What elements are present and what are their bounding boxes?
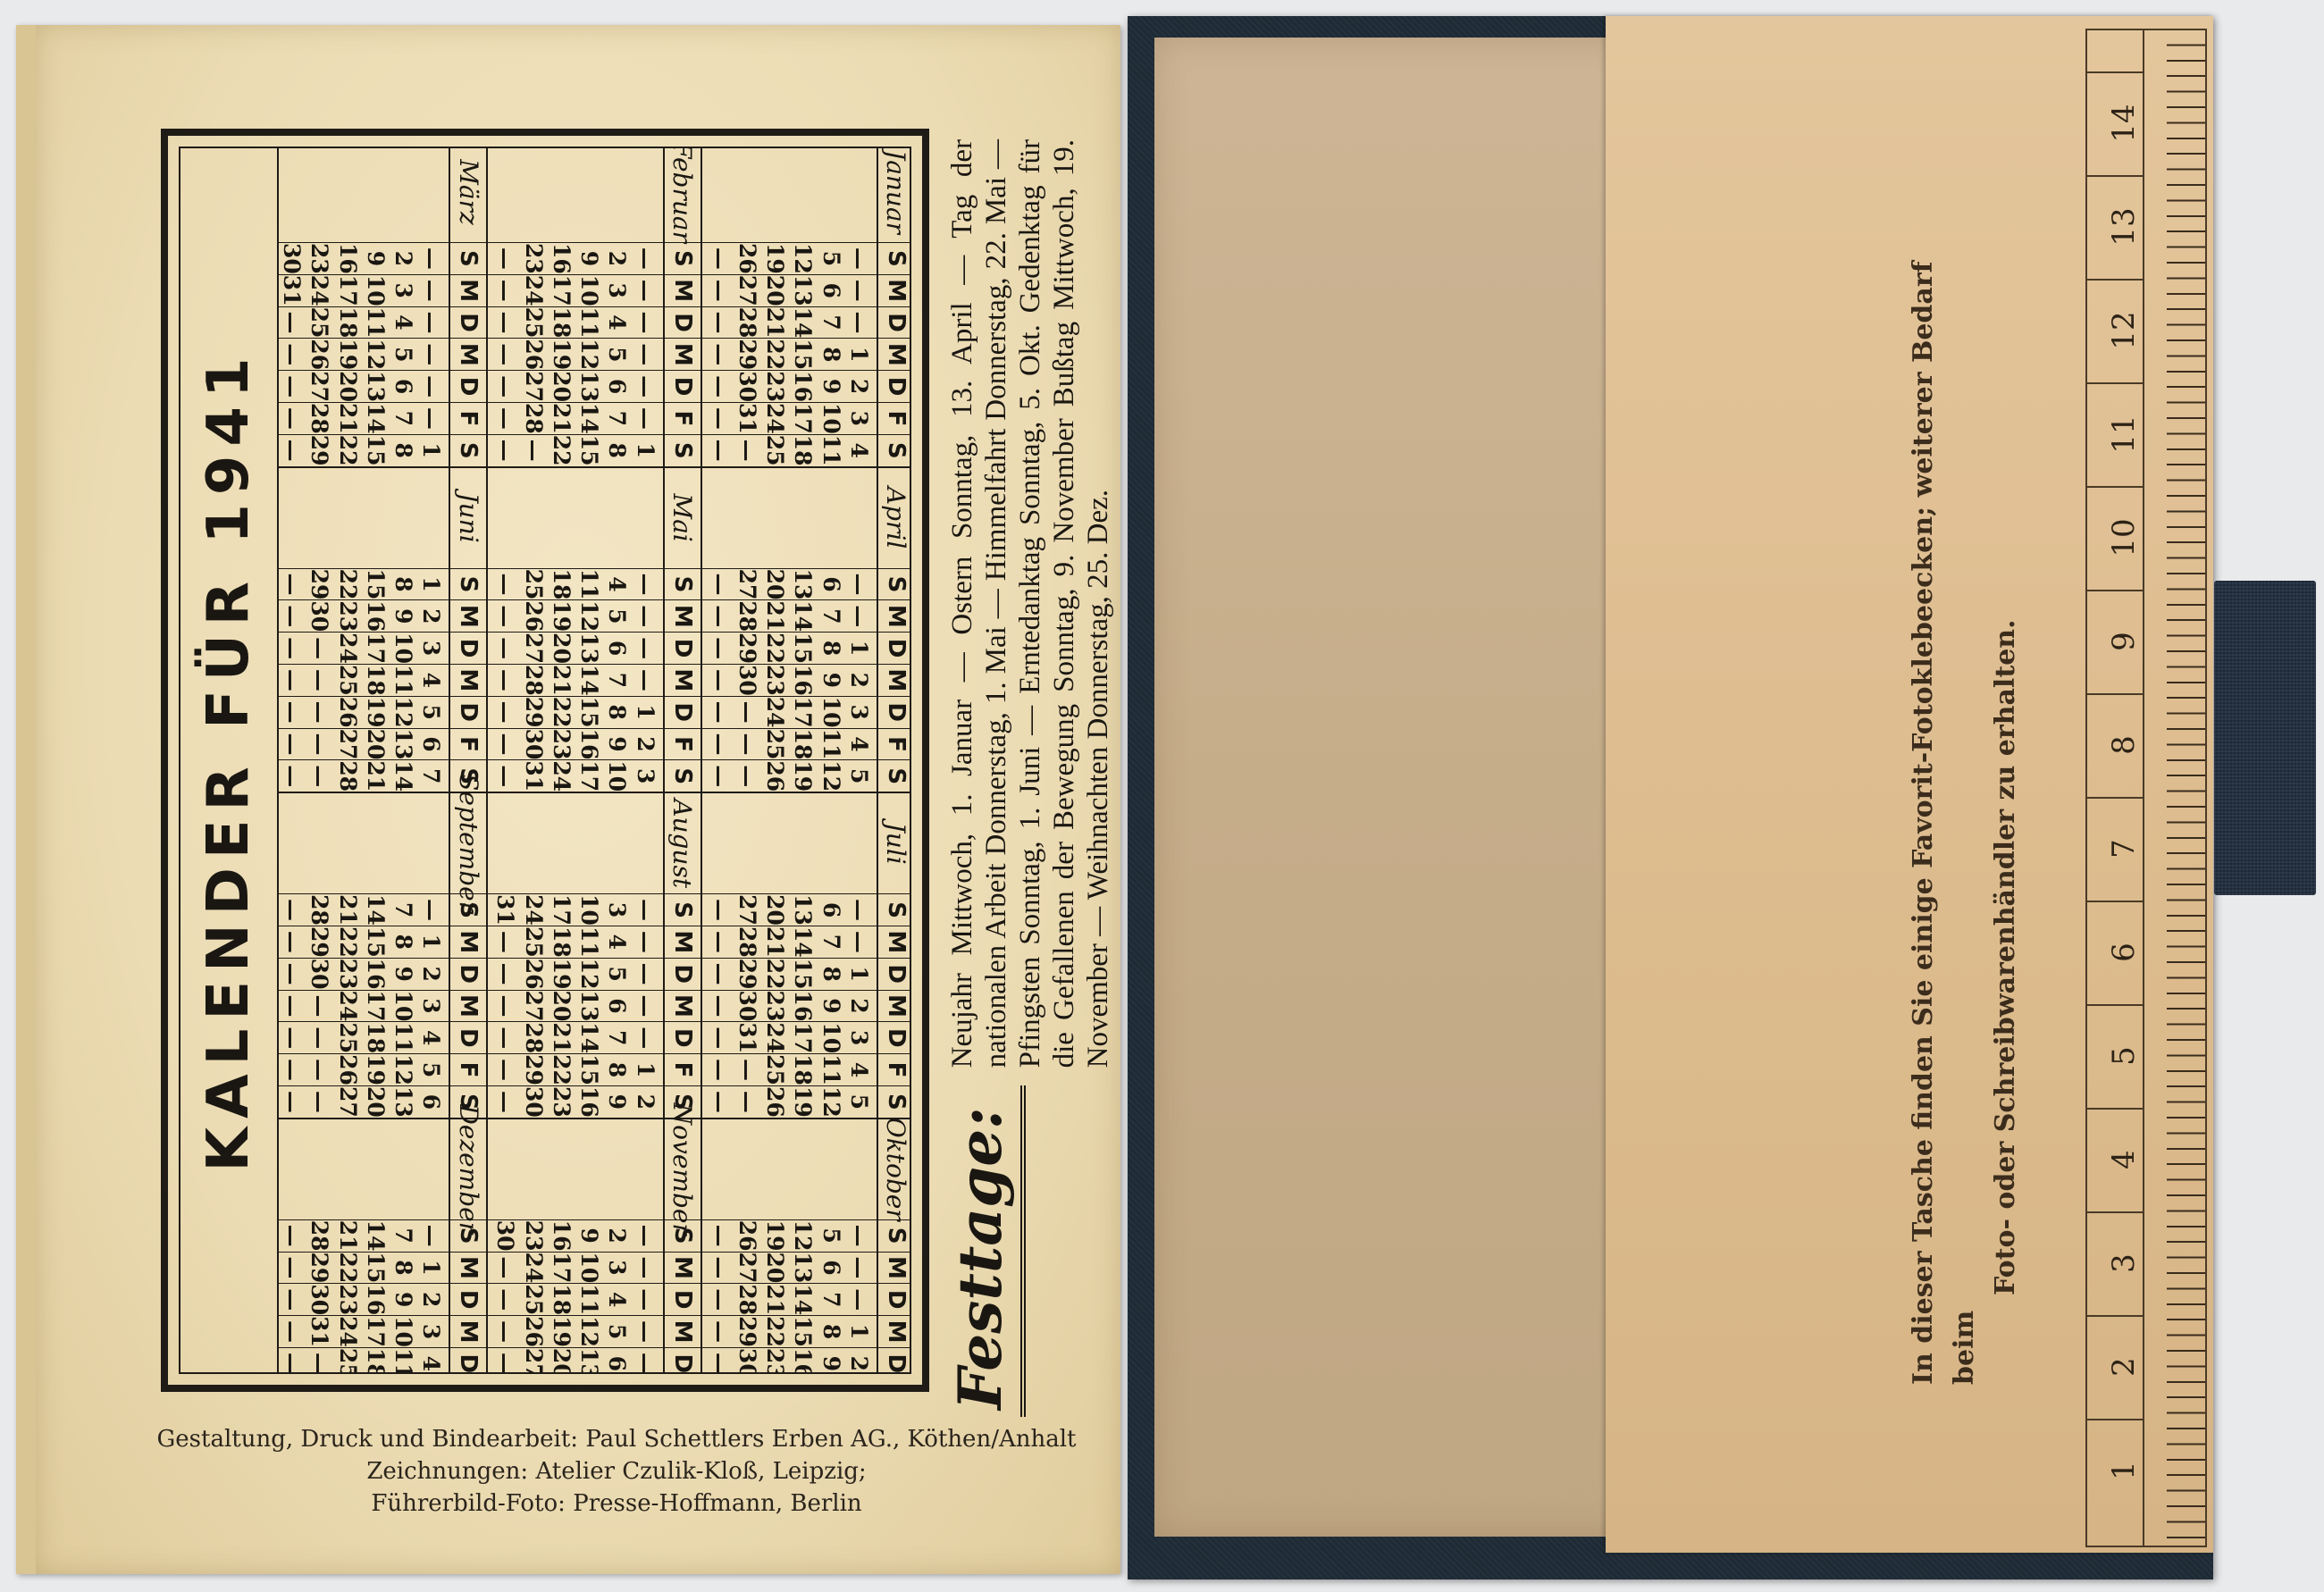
day-cell: —: [735, 729, 759, 760]
day-cell: 29: [522, 1054, 546, 1085]
day-cell: —: [493, 729, 517, 760]
day-cell: 19: [336, 339, 360, 370]
day-cell: 3: [419, 991, 443, 1022]
day-cell: 20: [364, 1086, 388, 1118]
day-cell: —: [847, 600, 871, 632]
day-cell: 28: [336, 760, 360, 792]
day-cell: 26: [336, 1054, 360, 1085]
day-cell: —: [280, 307, 304, 339]
weekday-label: D: [450, 959, 486, 991]
day-cell: 8: [605, 435, 629, 466]
weekday-label: F: [665, 729, 701, 761]
day-cell: 1: [419, 926, 443, 958]
weekday-label: M: [450, 926, 486, 959]
day-cell: 11: [577, 307, 601, 339]
day-cell: 18: [364, 665, 388, 696]
day-cell: 1: [419, 435, 443, 466]
day-cell: 3: [391, 275, 415, 306]
day-cell: 10: [819, 697, 843, 728]
day-cell: 13: [577, 633, 601, 664]
day-cell: —: [708, 894, 732, 926]
day-cell: 19: [763, 1220, 787, 1252]
day-cell: 10: [605, 760, 629, 792]
day-cell: 28: [735, 307, 759, 339]
day-cell: 18: [550, 569, 574, 600]
day-cell: 16: [791, 371, 815, 402]
day-cell: 9: [577, 243, 601, 274]
day-cell: 26: [307, 339, 331, 370]
day-cell: —: [633, 1348, 658, 1372]
day-cell: 13: [577, 371, 601, 402]
day-cell: 1: [847, 339, 871, 370]
day-cell: —: [847, 1220, 871, 1252]
day-cell: —: [307, 1022, 331, 1053]
day-cell: —: [493, 307, 517, 339]
day-cell: —: [708, 959, 732, 990]
day-cell: —: [633, 1284, 658, 1315]
day-cell: 24: [336, 633, 360, 664]
day-cell: 8: [819, 1316, 843, 1347]
day-cell: 30: [522, 729, 546, 760]
ruler-label: 6: [2106, 925, 2124, 980]
day-cell: —: [280, 1348, 304, 1372]
ruler-label: 12: [2106, 303, 2124, 358]
weekday-label: D: [665, 633, 701, 665]
day-cell: 17: [364, 991, 388, 1022]
day-cell: 21: [336, 403, 360, 434]
day-cell: —: [633, 1253, 658, 1284]
day-cell: 1: [419, 569, 443, 600]
day-cell: 15: [364, 926, 388, 958]
day-cell: 27: [522, 633, 546, 664]
day-cell: 2: [391, 243, 415, 274]
day-cell: —: [493, 1316, 517, 1347]
day-cell: 24: [522, 275, 546, 306]
day-cell: —: [493, 1086, 517, 1118]
day-cell: —: [708, 339, 732, 370]
day-cell: 14: [364, 403, 388, 434]
month-name: Juni: [450, 468, 486, 569]
credits-line: Gestaltung, Druck und Bindearbeit: Paul …: [143, 1423, 1090, 1455]
day-cell: 2: [847, 371, 871, 402]
day-cell: —: [735, 760, 759, 792]
fabric-strap[interactable]: [2214, 581, 2316, 895]
day-cell: 24: [336, 1316, 360, 1347]
day-cell: —: [708, 243, 732, 274]
day-cell: —: [708, 1086, 732, 1118]
day-cell: —: [280, 633, 304, 664]
day-cell: 1: [633, 697, 658, 728]
weekday-label: D: [665, 697, 701, 729]
day-cell: 29: [307, 1253, 331, 1284]
day-cell: 13: [791, 569, 815, 600]
day-cell: 21: [364, 760, 388, 792]
day-cell: 27: [735, 1253, 759, 1284]
weekday-label: S: [450, 243, 486, 275]
day-cell: —: [307, 697, 331, 728]
day-cell: 5: [605, 600, 629, 632]
day-cell: —: [708, 1054, 732, 1085]
day-cell: 18: [364, 1022, 388, 1053]
day-cell: —: [633, 1316, 658, 1347]
weekday-label: M: [665, 339, 701, 371]
ruler-label: 3: [2106, 1236, 2124, 1291]
ruler-label: 7: [2106, 821, 2124, 876]
weekday-label: S: [665, 569, 701, 601]
weekday-label: M: [665, 600, 701, 633]
printer-credits: Gestaltung, Druck und Bindearbeit: Paul …: [143, 1423, 1090, 1520]
day-cell: —: [280, 403, 304, 434]
day-cell: 15: [791, 339, 815, 370]
day-cell: 17: [791, 1022, 815, 1053]
day-cell: —: [307, 665, 331, 696]
month-name: November: [665, 1119, 701, 1220]
day-cell: —: [633, 600, 658, 632]
credits-line: Zeichnungen: Atelier Czulik-Kloß, Leipzi…: [143, 1455, 1090, 1487]
day-cell: 30: [735, 1348, 759, 1372]
day-cell: 6: [605, 991, 629, 1022]
month-name: Mai: [665, 468, 701, 569]
day-cell: —: [280, 894, 304, 926]
day-cell: 26: [735, 1220, 759, 1252]
day-cell: —: [708, 697, 732, 728]
day-cell: 25: [522, 926, 546, 958]
day-cell: —: [633, 371, 658, 402]
day-cell: 30: [307, 959, 331, 990]
month-name: Oktober: [878, 1119, 910, 1220]
weekday-label: F: [878, 729, 910, 761]
day-cell: 19: [791, 1086, 815, 1118]
day-cell: —: [493, 243, 517, 274]
day-cell: 23: [522, 1220, 546, 1252]
day-cell: 25: [522, 569, 546, 600]
day-cell: 2: [847, 991, 871, 1022]
weekday-label: M: [878, 339, 910, 371]
weekday-label: D: [665, 1348, 701, 1372]
day-cell: 18: [550, 926, 574, 958]
day-cell: 18: [791, 1054, 815, 1085]
day-cell: 1: [633, 1054, 658, 1085]
calendar-grid: JanuarSMDMDFS—5121926——6132027——7142128—…: [279, 148, 910, 1372]
day-cell: 6: [605, 1348, 629, 1372]
day-cell: —: [280, 1220, 304, 1252]
day-cell: 9: [605, 729, 629, 760]
day-cell: —: [735, 1054, 759, 1085]
day-cell: 17: [791, 697, 815, 728]
day-cell: 31: [735, 403, 759, 434]
day-cell: 25: [763, 729, 787, 760]
day-cell: 24: [763, 697, 787, 728]
day-cell: 14: [391, 760, 415, 792]
day-cell: —: [493, 1284, 517, 1315]
day-cell: 11: [391, 665, 415, 696]
day-cell: —: [419, 403, 443, 434]
day-cell: 25: [763, 435, 787, 466]
weekday-label: D: [665, 959, 701, 991]
day-cell: 8: [605, 1054, 629, 1085]
day-cell: 15: [364, 569, 388, 600]
day-cell: —: [493, 275, 517, 306]
month-name: März: [450, 148, 486, 243]
day-cell: 16: [364, 600, 388, 632]
day-cell: —: [307, 729, 331, 760]
day-cell: 12: [391, 1054, 415, 1085]
day-cell: 11: [577, 1284, 601, 1315]
day-cell: 29: [307, 435, 331, 466]
pocket-instructions: In dieser Tasche finden Sie einige Favor…: [1903, 205, 2001, 1385]
day-cell: 2: [847, 1348, 871, 1372]
day-cell: —: [708, 1253, 732, 1284]
day-cell: 3: [605, 894, 629, 926]
day-cell: 3: [847, 697, 871, 728]
day-cell: 17: [791, 403, 815, 434]
month-april: AprilSMDMDFS—6132027——7142128—18152229—2…: [701, 467, 910, 793]
ruler-label: 1: [2106, 1443, 2124, 1498]
day-cell: 26: [763, 760, 787, 792]
day-cell: 14: [791, 307, 815, 339]
day-cell: 5: [819, 1220, 843, 1252]
day-cell: 26: [735, 243, 759, 274]
day-cell: 12: [364, 339, 388, 370]
weekday-label: S: [665, 760, 701, 792]
weekday-label: D: [450, 697, 486, 729]
day-cell: 7: [391, 894, 415, 926]
day-cell: 7: [605, 1022, 629, 1053]
day-cell: 12: [819, 1086, 843, 1118]
day-cell: —: [280, 959, 304, 990]
day-cell: 30: [307, 1284, 331, 1315]
day-cell: 20: [336, 371, 360, 402]
day-cell: 22: [336, 1253, 360, 1284]
day-cell: —: [307, 1348, 331, 1372]
weekday-label: D: [450, 1022, 486, 1054]
day-cell: 5: [605, 959, 629, 990]
day-cell: —: [493, 991, 517, 1022]
weekday-label: M: [878, 991, 910, 1023]
day-cell: 16: [550, 1220, 574, 1252]
day-cell: 12: [577, 600, 601, 632]
day-cell: 24: [522, 1253, 546, 1284]
day-cell: 6: [605, 371, 629, 402]
day-cell: 19: [364, 1054, 388, 1085]
day-cell: —: [493, 926, 517, 958]
day-cell: 16: [791, 665, 815, 696]
day-cell: 6: [819, 569, 843, 600]
weekday-label: S: [450, 435, 486, 466]
day-cell: 21: [336, 1220, 360, 1252]
day-cell: 21: [550, 665, 574, 696]
day-cell: —: [708, 600, 732, 632]
day-cell: 27: [735, 894, 759, 926]
day-cell: 28: [735, 600, 759, 632]
weekday-label: M: [878, 1253, 910, 1285]
day-cell: 4: [605, 926, 629, 958]
day-cell: 26: [336, 697, 360, 728]
weekday-label: S: [878, 435, 910, 466]
day-cell: 26: [522, 1316, 546, 1347]
day-cell: 22: [550, 697, 574, 728]
day-cell: 14: [791, 600, 815, 632]
day-cell: 7: [419, 760, 443, 792]
day-cell: 6: [819, 1253, 843, 1284]
month-name: August: [665, 793, 701, 894]
day-cell: 17: [577, 760, 601, 792]
day-cell: —: [708, 435, 732, 466]
day-cell: 16: [577, 1086, 601, 1118]
day-cell: 11: [819, 729, 843, 760]
day-cell: 3: [605, 1253, 629, 1284]
weekday-label: D: [878, 1022, 910, 1054]
weekday-label: S: [878, 1220, 910, 1253]
day-cell: 9: [391, 600, 415, 632]
ruler-label: 4: [2106, 1132, 2124, 1187]
day-cell: 15: [577, 1054, 601, 1085]
day-cell: 18: [550, 1284, 574, 1315]
day-cell: —: [419, 339, 443, 370]
day-cell: 9: [819, 1348, 843, 1372]
weekday-label: D: [450, 1284, 486, 1316]
day-cell: —: [280, 371, 304, 402]
ruler-ticks: [2144, 30, 2205, 1546]
ruler-label: 13: [2106, 199, 2124, 255]
day-cell: —: [633, 926, 658, 958]
weekday-label: F: [878, 403, 910, 435]
month-november: NovemberSMDMDFS—29162330—3101724——411182…: [487, 1119, 701, 1372]
day-cell: 3: [633, 760, 658, 792]
day-cell: —: [493, 760, 517, 792]
day-cell: 30: [493, 1220, 517, 1252]
day-cell: —: [307, 991, 331, 1022]
day-cell: 14: [364, 1220, 388, 1252]
weekday-label: M: [878, 926, 910, 959]
day-cell: 7: [819, 1284, 843, 1315]
day-cell: —: [419, 275, 443, 306]
day-cell: 22: [763, 959, 787, 990]
day-cell: —: [493, 1253, 517, 1284]
day-cell: —: [419, 1220, 443, 1252]
day-cell: 9: [819, 991, 843, 1022]
weekday-label: M: [665, 275, 701, 307]
day-cell: 6: [605, 633, 629, 664]
weekday-label: S: [450, 1220, 486, 1253]
day-cell: 4: [419, 1348, 443, 1372]
day-cell: 21: [763, 926, 787, 958]
weekday-label: M: [665, 1253, 701, 1285]
day-cell: 20: [550, 991, 574, 1022]
day-cell: —: [633, 243, 658, 274]
weekday-label: M: [450, 339, 486, 371]
day-cell: —: [280, 1316, 304, 1347]
day-cell: 12: [577, 1316, 601, 1347]
weekday-label: S: [665, 894, 701, 926]
day-cell: —: [493, 1054, 517, 1085]
day-cell: 23: [763, 1348, 787, 1372]
day-cell: 11: [819, 435, 843, 466]
day-cell: 21: [550, 1022, 574, 1053]
day-cell: 14: [364, 894, 388, 926]
day-cell: 2: [419, 959, 443, 990]
month-name: Januar: [878, 148, 910, 243]
day-cell: —: [493, 959, 517, 990]
day-cell: —: [708, 1220, 732, 1252]
day-cell: 11: [819, 1054, 843, 1085]
day-cell: —: [708, 991, 732, 1022]
day-cell: —: [493, 339, 517, 370]
day-cell: 18: [336, 307, 360, 339]
weekday-label: M: [665, 926, 701, 959]
day-cell: 23: [550, 729, 574, 760]
day-cell: 24: [550, 760, 574, 792]
day-cell: 12: [391, 697, 415, 728]
day-cell: 18: [791, 435, 815, 466]
day-cell: —: [307, 633, 331, 664]
weekday-label: D: [665, 1022, 701, 1054]
calendar-title: KALENDER FÜR 1941: [180, 148, 279, 1372]
day-cell: 20: [763, 275, 787, 306]
day-cell: 17: [364, 633, 388, 664]
day-cell: —: [493, 371, 517, 402]
weekday-label: D: [878, 697, 910, 729]
day-cell: 20: [550, 633, 574, 664]
day-cell: 9: [605, 1086, 629, 1118]
day-cell: 19: [550, 1316, 574, 1347]
weekday-label: M: [450, 275, 486, 307]
weekday-label: F: [878, 1054, 910, 1086]
day-cell: 16: [336, 243, 360, 274]
day-cell: 10: [391, 991, 415, 1022]
day-cell: 15: [791, 959, 815, 990]
day-cell: —: [307, 760, 331, 792]
day-cell: 5: [819, 243, 843, 274]
day-cell: 11: [391, 1348, 415, 1372]
day-cell: 28: [307, 894, 331, 926]
calendar-frame: KALENDER FÜR 1941 JanuarSMDMDFS—5121926—…: [161, 129, 929, 1392]
day-cell: 16: [550, 243, 574, 274]
day-cell: —: [633, 339, 658, 370]
day-cell: 2: [605, 1220, 629, 1252]
day-cell: 28: [522, 403, 546, 434]
day-cell: 9: [577, 1220, 601, 1252]
day-cell: 26: [522, 600, 546, 632]
day-cell: —: [493, 1348, 517, 1372]
day-cell: 10: [577, 1253, 601, 1284]
day-cell: 19: [550, 959, 574, 990]
day-cell: 30: [307, 600, 331, 632]
day-cell: 21: [336, 894, 360, 926]
day-cell: 20: [550, 1348, 574, 1372]
day-cell: 8: [391, 435, 415, 466]
day-cell: —: [280, 926, 304, 958]
weekday-label: M: [665, 665, 701, 697]
day-cell: 19: [550, 339, 574, 370]
day-cell: 24: [522, 894, 546, 926]
day-cell: 18: [550, 307, 574, 339]
weekday-label: M: [878, 665, 910, 697]
day-cell: 25: [307, 307, 331, 339]
day-cell: 5: [605, 1316, 629, 1347]
day-cell: 21: [763, 600, 787, 632]
day-cell: 7: [605, 665, 629, 696]
day-cell: 14: [577, 403, 601, 434]
day-cell: —: [633, 569, 658, 600]
day-cell: —: [280, 435, 304, 466]
day-cell: 5: [391, 339, 415, 370]
day-cell: —: [847, 569, 871, 600]
day-cell: 16: [791, 1348, 815, 1372]
day-cell: 16: [364, 1284, 388, 1315]
day-cell: 10: [819, 1022, 843, 1053]
day-cell: 7: [819, 926, 843, 958]
